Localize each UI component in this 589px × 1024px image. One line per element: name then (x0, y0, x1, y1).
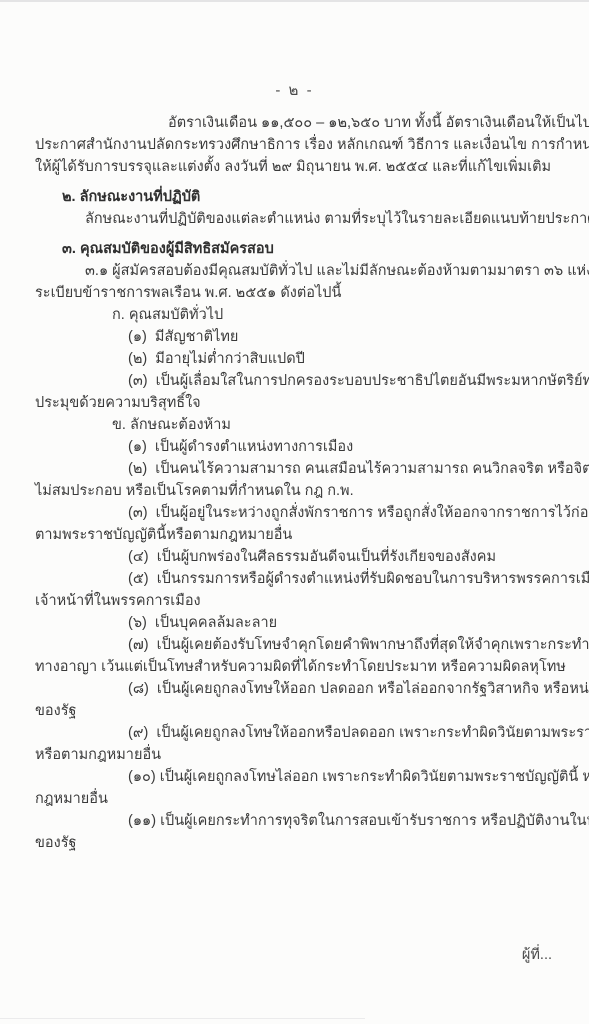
document-line: (๗) เป็นผู้เคยต้องรับโทษจำคุกโดยคำพิพากษ… (35, 634, 559, 656)
document-line: กฎหมายอื่น (35, 788, 559, 810)
document-line: (๒) มีอายุไม่ต่ำกว่าสิบแปดปี (35, 348, 559, 370)
document-line: เจ้าหน้าที่ในพรรคการเมือง (35, 590, 559, 612)
document-line: (๔) เป็นผู้บกพร่องในศีลธรรมอันดีจนเป็นที… (35, 546, 559, 568)
document-line: (๑) เป็นผู้ดำรงตำแหน่งทางการเมือง (35, 436, 559, 458)
continuation-mark: ผู้ที่... (522, 943, 552, 966)
document-line: (๙) เป็นผู้เคยถูกลงโทษให้ออกหรือปลดออก เ… (35, 722, 559, 744)
document-line: ระเบียบข้าราชการพลเรือน พ.ศ. ๒๕๕๑ ดังต่อ… (35, 282, 559, 304)
document-line: (๓) เป็นผู้อยู่ในระหว่างถูกสั่งพักราชการ… (35, 502, 559, 524)
document-line: ๓. คุณสมบัติของผู้มีสิทธิสมัครสอบ (35, 238, 559, 260)
document-line: ไม่สมประกอบ หรือเป็นโรคตามที่กำหนดใน กฎ … (35, 480, 559, 502)
document-line: (๑) มีสัญชาติไทย (35, 326, 559, 348)
document-line: ลักษณะงานที่ปฏิบัติของแต่ละตำแหน่ง ตามที… (35, 208, 559, 230)
document-body: อัตราเงินเดือน ๑๑,๕๐๐ – ๑๒,๖๕๐ บาท ทั้งน… (35, 112, 559, 854)
document-page: - ๒ - อัตราเงินเดือน ๑๑,๕๐๐ – ๑๒,๖๕๐ บาท… (0, 0, 589, 1024)
document-line: ตามพระราชบัญญัตินี้หรือตามกฎหมายอื่น (35, 524, 559, 546)
document-line: ให้ผู้ได้รับการบรรจุและแต่งตั้ง ลงวันที่… (35, 156, 559, 178)
document-line: ของรัฐ (35, 700, 559, 722)
document-line: (๑๑) เป็นผู้เคยกระทำการทุจริตในการสอบเข้… (35, 810, 559, 832)
document-line: (๕) เป็นกรรมการหรือผู้ดำรงตำแหน่งที่รับผ… (35, 568, 559, 590)
document-line: ๓.๑ ผู้สมัครสอบต้องมีคุณสมบัติทั่วไป และ… (35, 260, 559, 282)
document-line: (๖) เป็นบุคคลล้มละลาย (35, 612, 559, 634)
document-line: ของรัฐ (35, 832, 559, 854)
document-line: (๓) เป็นผู้เลื่อมใสในการปกครองระบอบประชา… (35, 370, 559, 392)
document-line: ก. คุณสมบัติทั่วไป (35, 304, 559, 326)
document-line: อัตราเงินเดือน ๑๑,๕๐๐ – ๑๒,๖๕๐ บาท ทั้งน… (35, 112, 559, 134)
document-line: ๒. ลักษณะงานที่ปฏิบัติ (35, 186, 559, 208)
document-line: ข. ลักษณะต้องห้าม (35, 414, 559, 436)
document-line: ประมุขด้วยความบริสุทธิ์ใจ (35, 392, 559, 414)
document-line: หรือตามกฎหมายอื่น (35, 744, 559, 766)
page-number: - ๒ - (0, 78, 589, 102)
document-line: (๘) เป็นผู้เคยถูกลงโทษให้ออก ปลดออก หรือ… (35, 678, 559, 700)
document-line: (๑๐) เป็นผู้เคยถูกลงโทษไล่ออก เพราะกระทำ… (35, 766, 559, 788)
document-line: ทางอาญา เว้นแต่เป็นโทษสำหรับความผิดที่ได… (35, 656, 559, 678)
document-line: (๒) เป็นคนไร้ความสามารถ คนเสมือนไร้ความส… (35, 458, 559, 480)
document-line: ประกาศสำนักงานปลัดกระทรวงศึกษาธิการ เรื่… (35, 134, 559, 156)
scan-edge-line (0, 1018, 365, 1019)
